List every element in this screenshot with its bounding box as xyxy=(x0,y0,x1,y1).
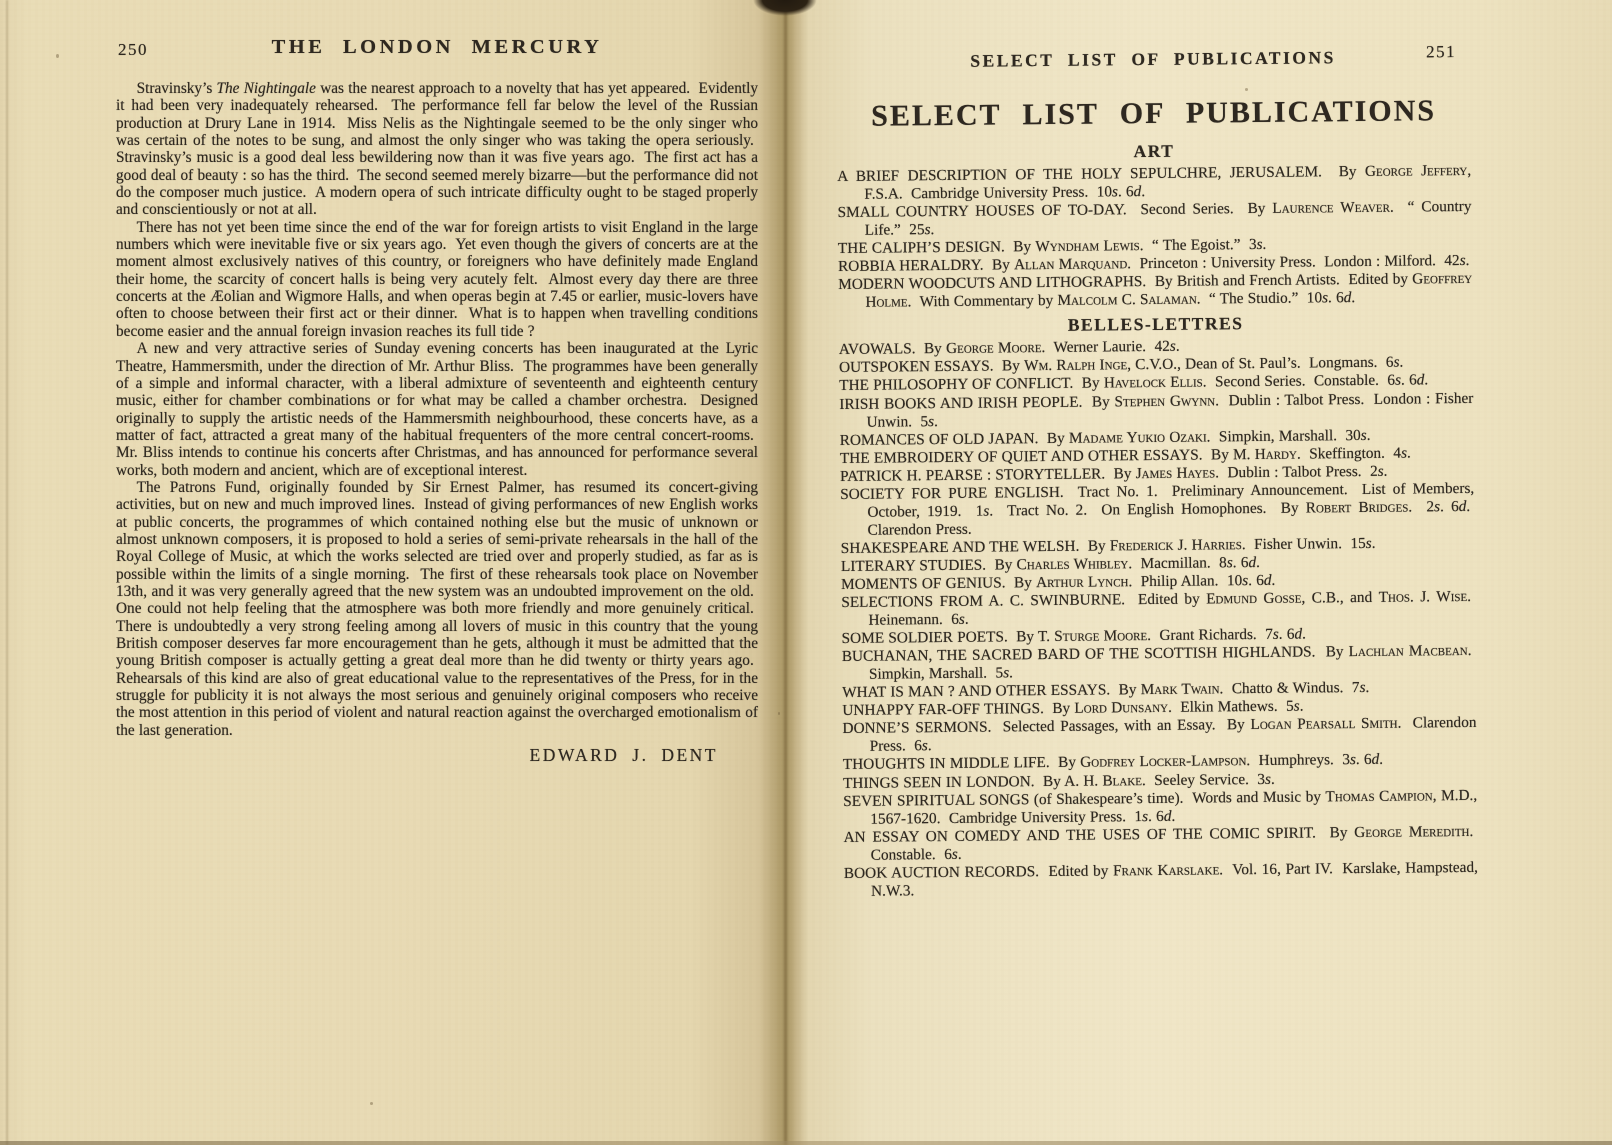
publication-item: SEVEN SPIRITUAL SONGS (of Shakespeare’s … xyxy=(843,786,1477,828)
paper-speck xyxy=(56,54,59,58)
paper-speck xyxy=(370,1102,373,1105)
page-title: SELECT LIST OF PUBLICATIONS xyxy=(836,94,1470,134)
article-body: Stravinsky’s The Nightingale was the nea… xyxy=(116,80,758,739)
gutter-crease xyxy=(784,0,787,1145)
running-title-left: THE LONDON MERCURY xyxy=(116,36,758,59)
page-right: SELECT LIST OF PUBLICATIONS 251 SELECT L… xyxy=(836,46,1478,901)
article-paragraph: The Patrons Fund, originally founded by … xyxy=(116,479,758,739)
article-paragraph: There has not yet been time since the en… xyxy=(116,219,758,340)
publication-item: IRISH BOOKS AND IRISH PEOPLE. By Stephen… xyxy=(839,389,1473,431)
page-number-right: 251 xyxy=(1426,42,1456,62)
section-heading: ART xyxy=(837,138,1471,165)
publication-item: SOCIETY FOR PURE ENGLISH. Tract No. 1. P… xyxy=(840,480,1474,540)
article-signature: EDWARD J. DENT xyxy=(116,745,758,766)
gutter-shadow xyxy=(751,0,819,17)
publication-item: A BRIEF DESCRIPTION OF THE HOLY SEPULCHR… xyxy=(837,162,1471,204)
running-head-right: SELECT LIST OF PUBLICATIONS 251 xyxy=(836,46,1470,76)
publication-item: BUCHANAN, THE SACRED BARD OF THE SCOTTIS… xyxy=(842,642,1476,684)
publication-item: SELECTIONS FROM A. C. SWINBURNE. Edited … xyxy=(841,588,1475,630)
page-left: 250 THE LONDON MERCURY Stravinsky’s The … xyxy=(116,36,758,766)
page-bottom-edge xyxy=(0,1141,1612,1145)
publication-item: DONNE’S SERMONS. Selected Passages, with… xyxy=(842,714,1476,756)
section-heading: BELLES-LETTRES xyxy=(839,311,1473,338)
publication-item: SMALL COUNTRY HOUSES OF TO-DAY. Second S… xyxy=(837,198,1471,240)
publication-item: MODERN WOODCUTS AND LITHOGRAPHS. By Brit… xyxy=(838,270,1472,312)
running-head-left: 250 THE LONDON MERCURY xyxy=(116,36,758,62)
publication-item: AN ESSAY ON COMEDY AND THE USES OF THE C… xyxy=(843,823,1477,865)
page-edge-crease xyxy=(6,0,8,1145)
paper-speck xyxy=(778,712,780,715)
article-paragraph: A new and very attractive series of Sund… xyxy=(116,340,758,479)
publications-list: ARTA BRIEF DESCRIPTION OF THE HOLY SEPUL… xyxy=(837,138,1478,901)
book-spread: 250 THE LONDON MERCURY Stravinsky’s The … xyxy=(0,0,1612,1145)
publication-item: BOOK AUCTION RECORDS. Edited by Frank Ka… xyxy=(844,859,1478,901)
running-title-right: SELECT LIST OF PUBLICATIONS xyxy=(836,46,1470,73)
article-paragraph: Stravinsky’s The Nightingale was the nea… xyxy=(116,80,758,219)
